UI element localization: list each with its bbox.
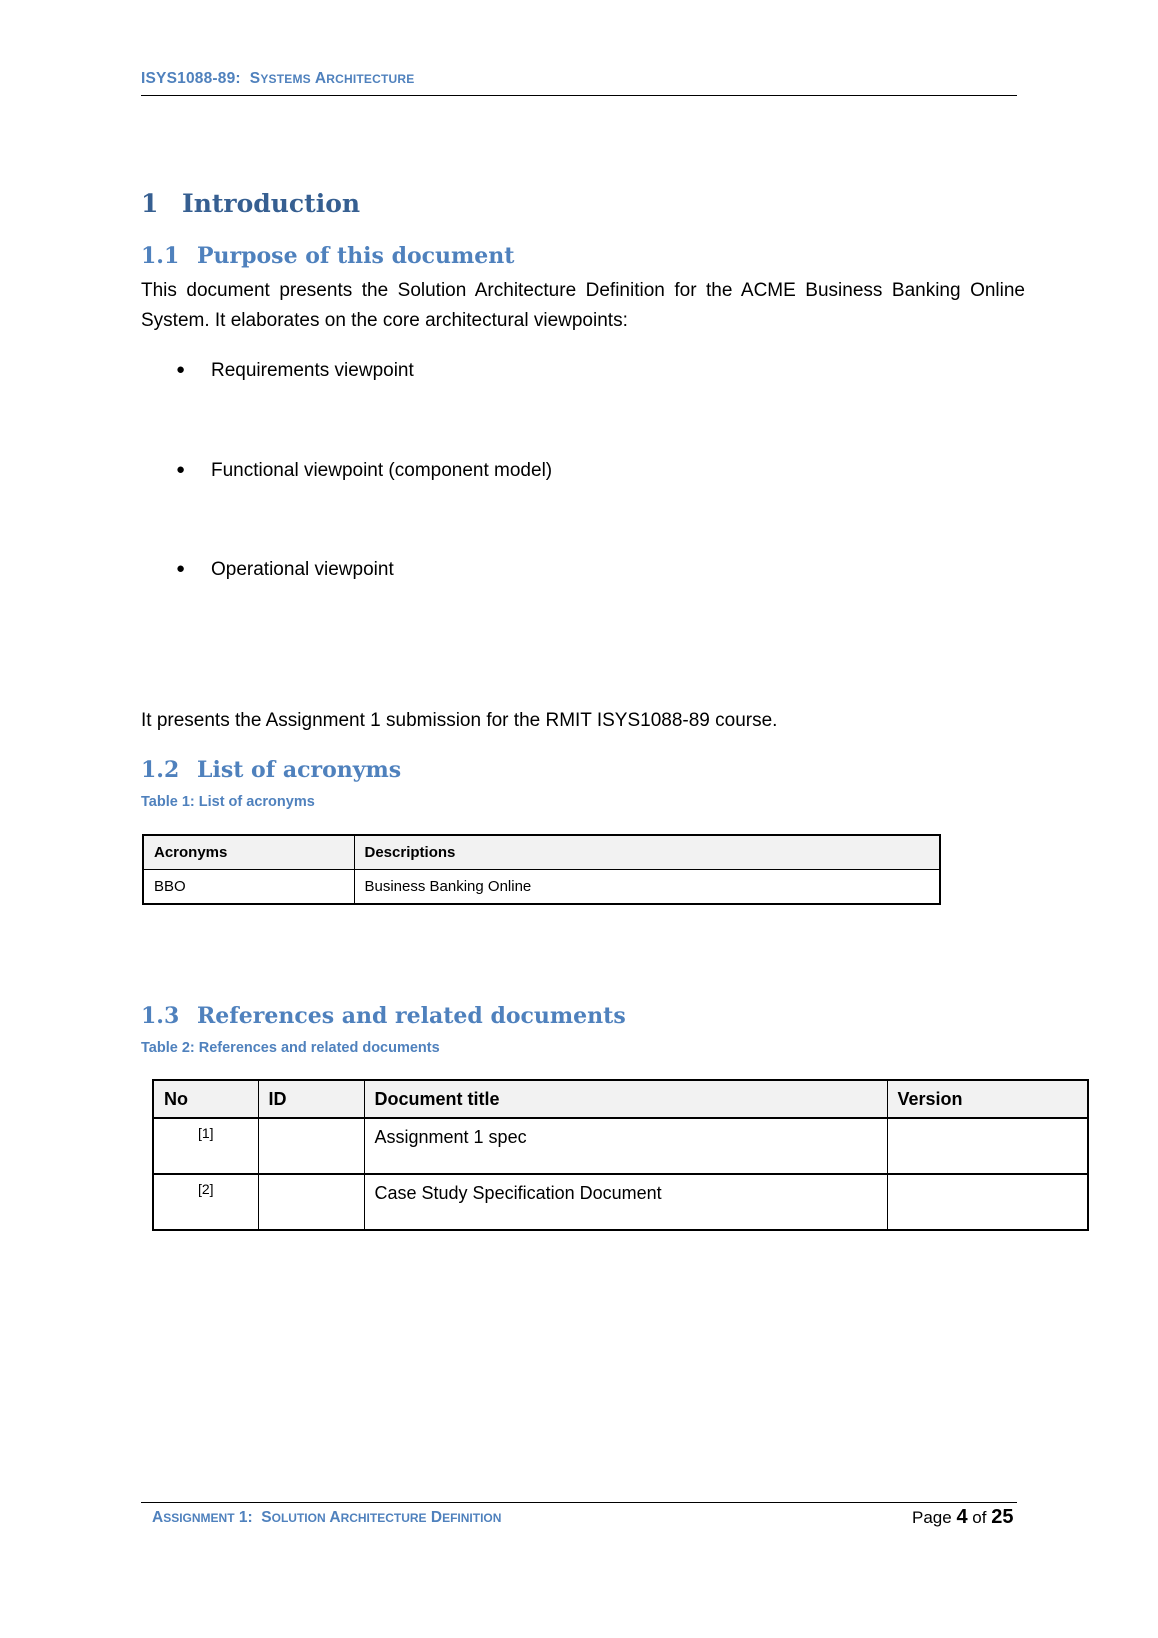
ref-version-cell bbox=[887, 1174, 1088, 1230]
running-footer: Assignment 1: Solution Architecture Defi… bbox=[152, 1509, 501, 1527]
section-title: Introduction bbox=[182, 189, 360, 218]
section-title: References and related documents bbox=[197, 1003, 626, 1029]
purpose-paragraph: This document presents the Solution Arch… bbox=[141, 276, 1025, 336]
description-cell: Business Banking Online bbox=[354, 870, 940, 905]
references-table: No ID Document title Version [1] Assignm… bbox=[152, 1079, 1089, 1231]
course-code: ISYS1088-89: bbox=[141, 70, 241, 87]
column-header: Acronyms bbox=[143, 835, 354, 870]
header-divider bbox=[141, 95, 1017, 96]
section-number: 1.2 bbox=[141, 757, 197, 783]
ref-version-cell bbox=[887, 1118, 1088, 1174]
course-title: Systems Architecture bbox=[250, 70, 415, 87]
section-title: List of acronyms bbox=[197, 757, 401, 783]
heading-introduction: 1Introduction bbox=[141, 189, 360, 218]
table-header-row: No ID Document title Version bbox=[153, 1080, 1088, 1118]
ref-number-cell: [1] bbox=[153, 1118, 258, 1174]
bullet-item: ●Operational viewpoint bbox=[176, 559, 394, 581]
current-page: 4 bbox=[956, 1506, 967, 1528]
section-number: 1.1 bbox=[141, 243, 197, 269]
heading-references: 1.3References and related documents bbox=[141, 1003, 626, 1029]
column-header: ID bbox=[258, 1080, 364, 1118]
section-number: 1.3 bbox=[141, 1003, 197, 1029]
table-row: [2] Case Study Specification Document bbox=[153, 1174, 1088, 1230]
bullet-icon: ● bbox=[176, 560, 211, 577]
page-number: Page 4 of 25 bbox=[912, 1506, 1013, 1529]
total-pages: 25 bbox=[991, 1506, 1013, 1528]
ref-number-cell: [2] bbox=[153, 1174, 258, 1230]
column-header: Version bbox=[887, 1080, 1088, 1118]
bullet-icon: ● bbox=[176, 461, 211, 478]
section-title: Purpose of this document bbox=[197, 243, 514, 269]
table-header-row: Acronyms Descriptions bbox=[143, 835, 940, 870]
section-number: 1 bbox=[141, 189, 182, 218]
column-header: No bbox=[153, 1080, 258, 1118]
table-row: [1] Assignment 1 spec bbox=[153, 1118, 1088, 1174]
closing-paragraph: It presents the Assignment 1 submission … bbox=[141, 706, 1025, 736]
heading-purpose: 1.1Purpose of this document bbox=[141, 243, 514, 269]
footer-divider bbox=[141, 1502, 1017, 1503]
column-header: Descriptions bbox=[354, 835, 940, 870]
ref-title-cell: Case Study Specification Document bbox=[364, 1174, 887, 1230]
ref-id-cell bbox=[258, 1174, 364, 1230]
acronym-cell: BBO bbox=[143, 870, 354, 905]
table-caption: Table 2: References and related document… bbox=[141, 1040, 440, 1056]
bullet-icon: ● bbox=[176, 361, 211, 378]
table-row: BBO Business Banking Online bbox=[143, 870, 940, 905]
running-header: ISYS1088-89: Systems Architecture bbox=[141, 70, 414, 88]
column-header: Document title bbox=[364, 1080, 887, 1118]
table-caption: Table 1: List of acronyms bbox=[141, 794, 315, 810]
ref-id-cell bbox=[258, 1118, 364, 1174]
acronyms-table: Acronyms Descriptions BBO Business Banki… bbox=[142, 834, 941, 905]
ref-title-cell: Assignment 1 spec bbox=[364, 1118, 887, 1174]
bullet-item: ●Requirements viewpoint bbox=[176, 360, 414, 382]
heading-acronyms: 1.2List of acronyms bbox=[141, 757, 401, 783]
bullet-item: ●Functional viewpoint (component model) bbox=[176, 460, 552, 482]
